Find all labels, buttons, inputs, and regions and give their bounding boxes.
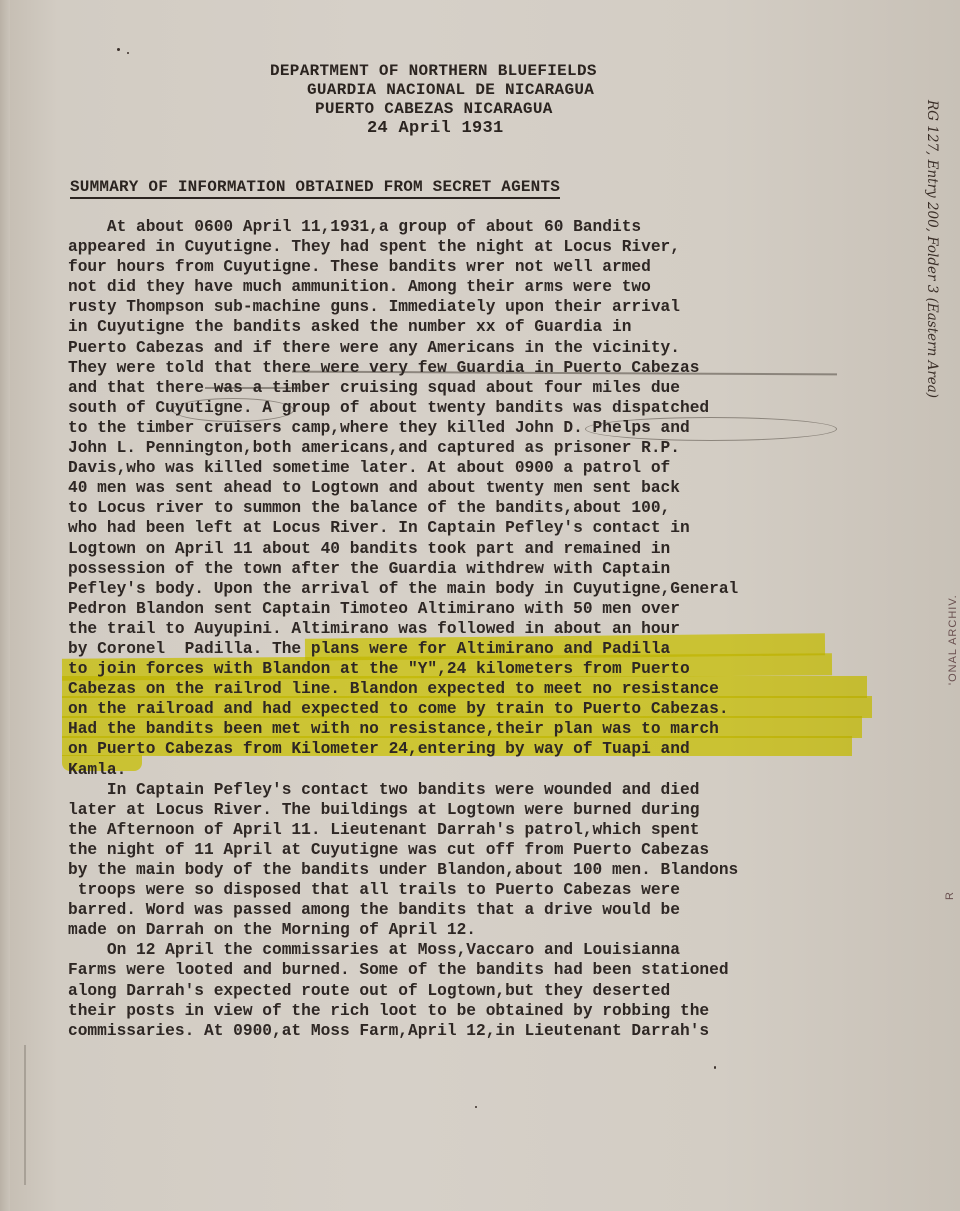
text-line: not did they have much ammunition. Among… — [68, 277, 888, 297]
document-title: SUMMARY OF INFORMATION OBTAINED FROM SEC… — [70, 178, 560, 199]
letterhead-location: PUERTO CABEZAS NICARAGUA — [315, 100, 670, 119]
ink-speck — [127, 52, 129, 54]
text-line: rusty Thompson sub-machine guns. Immedia… — [68, 297, 888, 317]
ink-speck — [475, 1106, 477, 1108]
text-line: In Captain Pefley's contact two bandits … — [68, 780, 888, 800]
text-line: made on Darrah on the Morning of April 1… — [68, 920, 888, 940]
text-line: who had been left at Locus River. In Cap… — [68, 518, 888, 538]
ink-speck — [714, 1066, 716, 1069]
text-line: later at Locus River. The buildings at L… — [68, 800, 888, 820]
text-line: 40 men was sent ahead to Logtown and abo… — [68, 478, 888, 498]
ink-speck — [117, 48, 120, 51]
text-line: Cabezas on the railrod line. Blandon exp… — [68, 679, 888, 699]
archive-stamp-fragment: R — [944, 892, 956, 900]
text-line: the trail to Auyupini. Altimirano was fo… — [68, 619, 888, 639]
text-line: At about 0600 April 11,1931,a group of a… — [68, 217, 888, 237]
text-line: in Cuyutigne the bandits asked the numbe… — [68, 317, 888, 337]
text-line: their posts in view of the rich loot to … — [68, 1001, 888, 1021]
text-line: by the main body of the bandits under Bl… — [68, 860, 888, 880]
text-line: Logtown on April 11 about 40 bandits too… — [68, 539, 888, 559]
text-line: On 12 April the commissaries at Moss,Vac… — [68, 940, 888, 960]
document-page: DEPARTMENT OF NORTHERN BLUEFIELDS GUARDI… — [0, 0, 960, 1211]
text-line: Pedron Blandon sent Captain Timoteo Alti… — [68, 599, 888, 619]
text-line: to Locus river to summon the balance of … — [68, 498, 888, 518]
text-line: to join forces with Blandon at the "Y",2… — [68, 659, 888, 679]
text-line: to the timber cruisers camp,where they k… — [68, 418, 888, 438]
text-line: south of Cuyutigne. A group of about twe… — [68, 398, 888, 418]
letterhead-date: 24 April 1931 — [367, 119, 670, 138]
text-line: on Puerto Cabezas from Kilometer 24,ente… — [68, 739, 888, 759]
handwritten-archive-reference: RG 127, Entry 200, Folder 3 (Eastern Are… — [924, 100, 940, 398]
archive-stamp: 'ONAL ARCHIV. — [947, 594, 959, 685]
text-line: by Coronel Padilla. The plans were for A… — [68, 639, 888, 659]
letterhead-organization: GUARDIA NACIONAL DE NICARAGUA — [307, 81, 670, 100]
text-line: Kamla. — [68, 760, 888, 780]
fold-mark — [24, 1045, 26, 1185]
text-line: barred. Word was passed among the bandit… — [68, 900, 888, 920]
letterhead-department: DEPARTMENT OF NORTHERN BLUEFIELDS — [270, 62, 670, 81]
text-line: Farms were looted and burned. Some of th… — [68, 960, 888, 980]
text-line: Davis,who was killed sometime later. At … — [68, 458, 888, 478]
text-line: appeared in Cuyutigne. They had spent th… — [68, 237, 888, 257]
document-body: At about 0600 April 11,1931,a group of a… — [68, 217, 888, 1041]
text-line: four hours from Cuyutigne. These bandits… — [68, 257, 888, 277]
text-line: the night of 11 April at Cuyutigne was c… — [68, 840, 888, 860]
text-line: and that there was a timber cruising squ… — [68, 378, 888, 398]
text-line: the Afternoon of April 11. Lieutenant Da… — [68, 820, 888, 840]
text-line: troops were so disposed that all trails … — [68, 880, 888, 900]
text-line: They were told that there were very few … — [68, 358, 888, 378]
text-line: Had the bandits been met with no resista… — [68, 719, 888, 739]
text-line: along Darrah's expected route out of Log… — [68, 981, 888, 1001]
text-line: commissaries. At 0900,at Moss Farm,April… — [68, 1021, 888, 1041]
text-line: Pefley's body. Upon the arrival of the m… — [68, 579, 888, 599]
text-line: on the railroad and had expected to come… — [68, 699, 888, 719]
text-line: Puerto Cabezas and if there were any Ame… — [68, 338, 888, 358]
text-line: possession of the town after the Guardia… — [68, 559, 888, 579]
text-line: John L. Pennington,both americans,and ca… — [68, 438, 888, 458]
letterhead: DEPARTMENT OF NORTHERN BLUEFIELDS GUARDI… — [270, 62, 670, 138]
